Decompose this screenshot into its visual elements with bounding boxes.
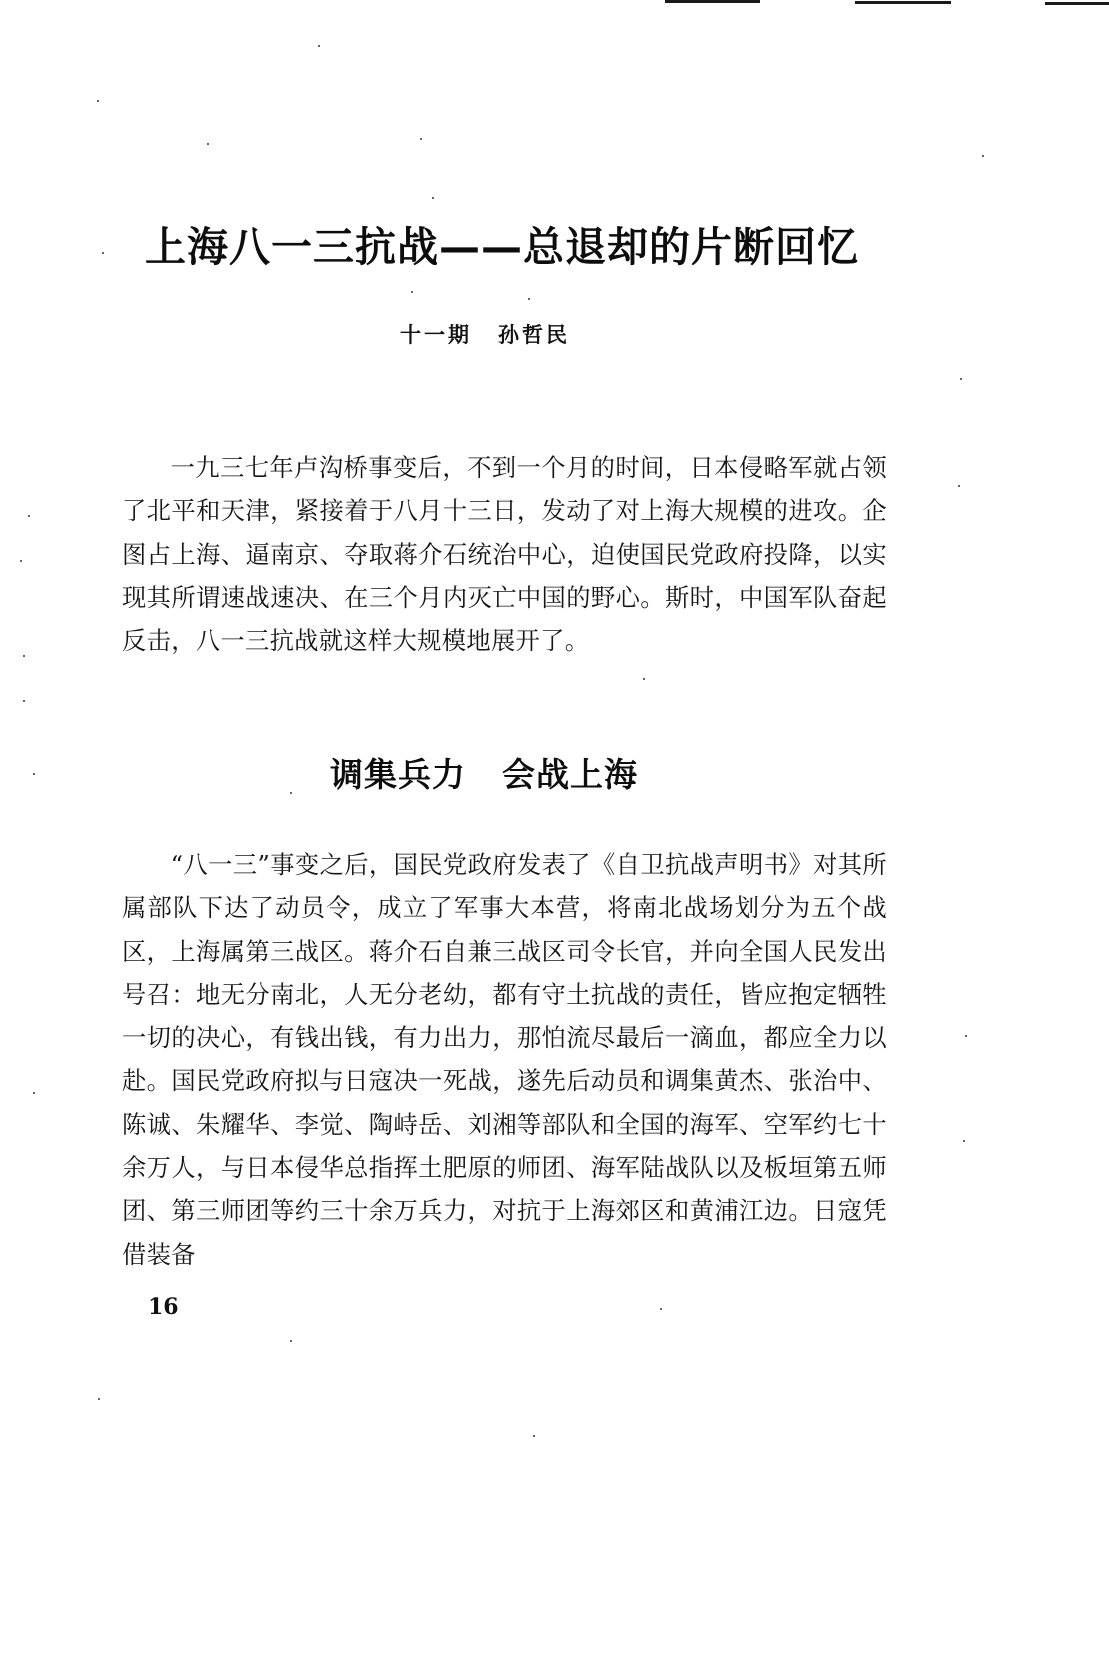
scan-speck [963,1140,965,1142]
scan-speck [533,1435,535,1437]
scan-speck [425,858,427,860]
scan-speck [290,792,292,794]
scan-speck [982,155,984,157]
author-class-label: 十一期 [400,322,472,347]
scan-speck [98,1398,100,1400]
scan-speck [528,298,530,300]
section-heading-part-2: 会战上海 [502,755,638,794]
scan-speck [318,45,320,47]
scan-speck [411,291,413,293]
scan-speck [958,485,960,487]
author-name: 孙哲民 [498,322,570,347]
scan-speck [97,100,99,102]
scan-speck [23,655,25,657]
scan-speck [28,515,30,517]
scan-speck [432,197,434,199]
scan-speck [420,138,422,140]
scan-speck [20,560,22,562]
scan-speck [33,1092,35,1094]
top-rule-1 [665,0,760,3]
scan-speck [102,252,104,254]
scan-speck [643,678,645,680]
scan-speck [33,773,35,775]
author-line: 十一期孙哲民 [400,320,570,350]
section-heading-part-1: 调集兵力 [330,755,466,794]
section-heading: 调集兵力会战上海 [330,753,638,797]
top-rule-3 [1045,2,1109,5]
body-paragraph-2: “八一三”事变之后，国民党政府发表了《自卫抗战声明书》对其所属部队下达了动员令，… [122,843,887,1276]
scan-speck [965,1035,967,1037]
scan-speck [290,1340,292,1342]
scan-speck [23,700,25,702]
scan-speck [660,1308,662,1310]
top-rule-2 [855,1,951,4]
scan-speck [207,143,209,145]
article-title: 上海八一三抗战——总退却的片断回忆 [145,222,885,272]
scan-speck [960,378,962,380]
body-paragraph-1: 一九三七年卢沟桥事变后，不到一个月的时间，日本侵略军就占领了北平和天津，紧接着于… [122,446,887,662]
page-number: 16 [148,1292,179,1322]
